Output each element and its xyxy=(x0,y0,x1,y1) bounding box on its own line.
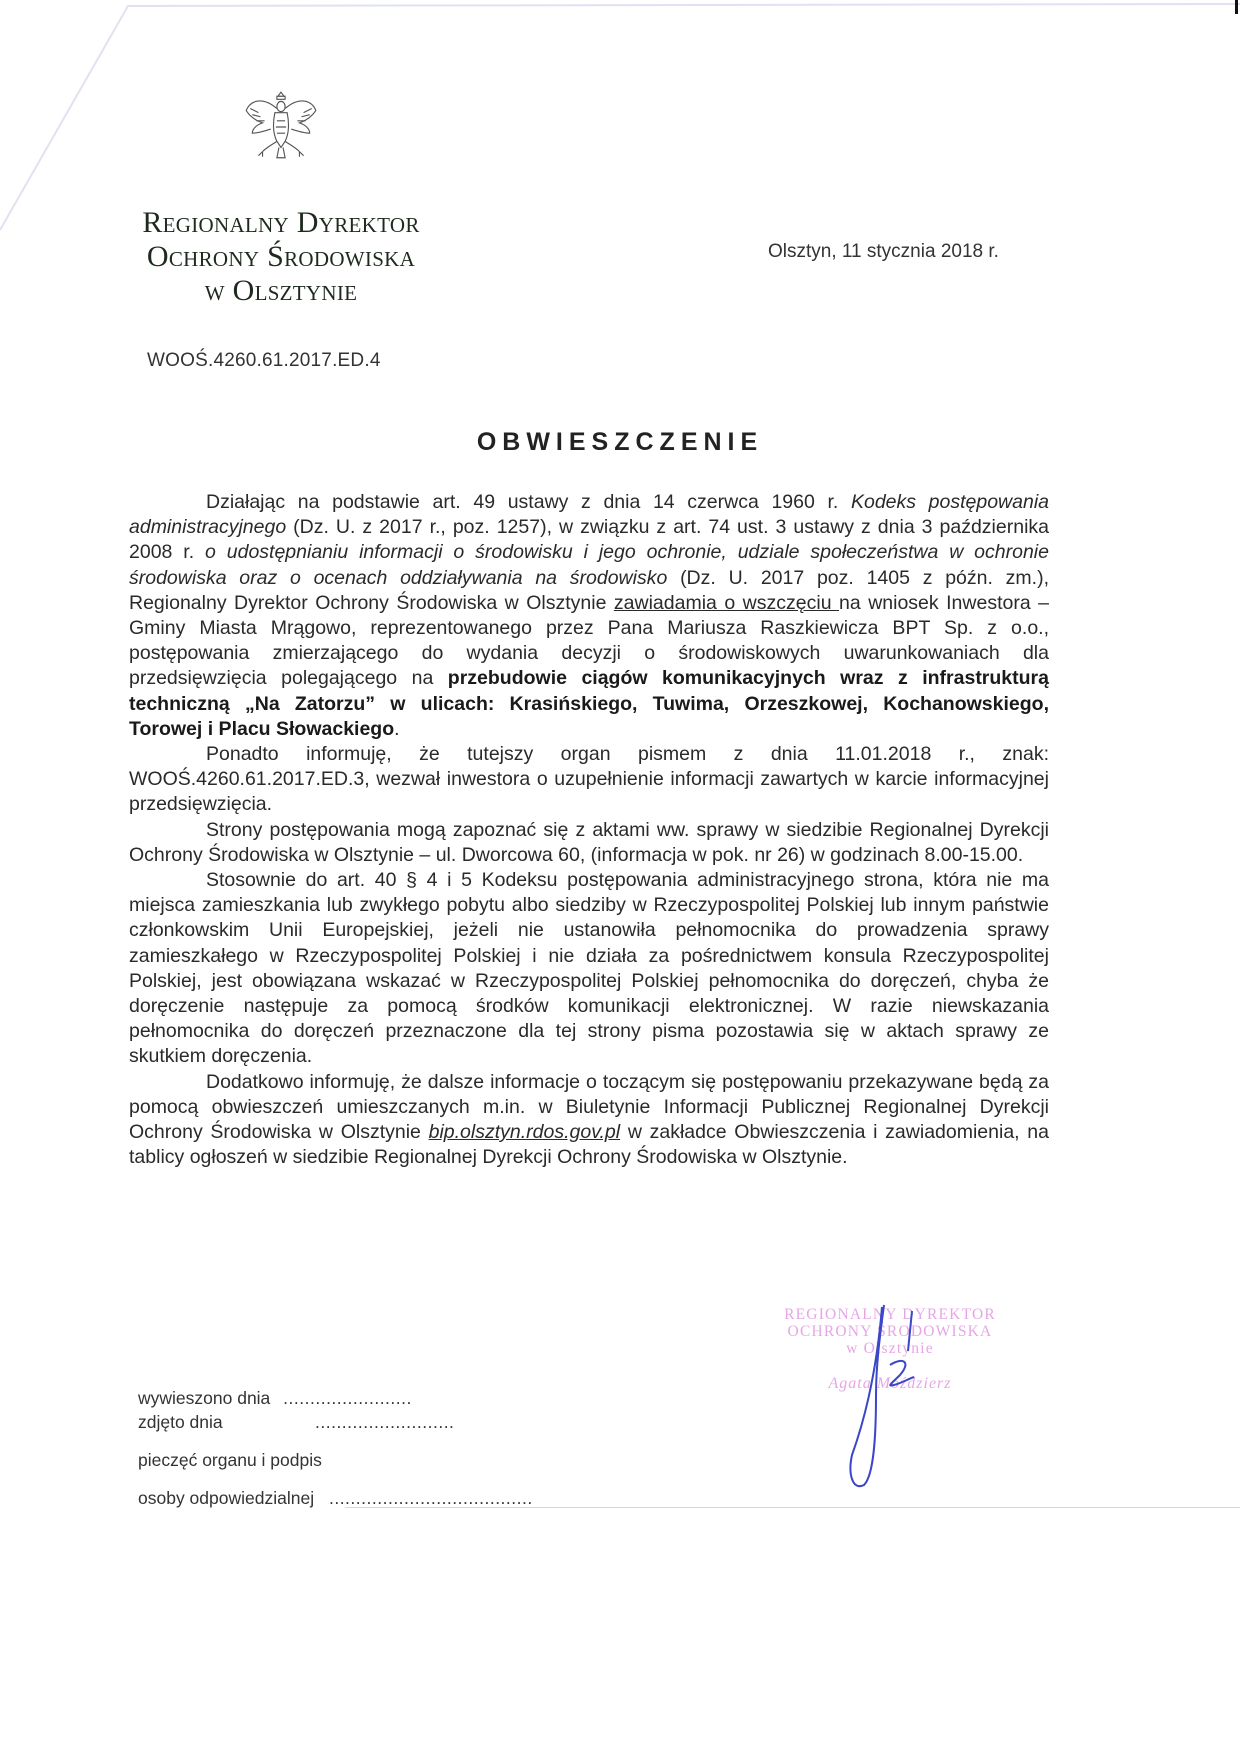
document-body: Działając na podstawie art. 49 ustawy z … xyxy=(129,490,1049,1170)
removed-label: zdjęto dnia xyxy=(138,1412,223,1432)
authority-line-1: Regionalny Dyrektor xyxy=(96,206,466,240)
polish-eagle-emblem-icon xyxy=(240,86,322,168)
posted-date-field: ........................ xyxy=(283,1388,412,1408)
person-label: osoby odpowiedzialnej xyxy=(138,1488,314,1508)
seal-label: pieczęć organu i podpis xyxy=(138,1450,322,1471)
person-row: osoby odpowiedzialnej ..................… xyxy=(138,1488,533,1509)
person-signature-field: ...................................... xyxy=(329,1488,533,1508)
notice-phrase: zawiadamia o wszczęciu xyxy=(614,592,839,614)
paragraph-legal-basis: Działając na podstawie art. 49 ustawy z … xyxy=(129,490,1049,742)
text-span: . xyxy=(394,718,399,740)
paragraph-case-files: Strony postępowania mogą zapoznać się z … xyxy=(129,818,1049,868)
posted-row: wywieszono dnia ........................ xyxy=(138,1388,412,1409)
place-date: Olsztyn, 11 stycznia 2018 r. xyxy=(768,241,999,263)
scan-edge-mark xyxy=(1235,0,1238,14)
paragraph-supplement-request: Ponadto informuję, że tutejszy organ pis… xyxy=(129,742,1049,818)
removed-row: zdjęto dnia .......................... xyxy=(138,1412,223,1433)
paragraph-proxy: Stosownie do art. 40 § 4 i 5 Kodeksu pos… xyxy=(129,868,1049,1070)
removed-date-field: .......................... xyxy=(315,1412,454,1433)
posted-label: wywieszono dnia xyxy=(138,1388,270,1408)
handwritten-signature-icon xyxy=(830,1295,940,1495)
paragraph-further-info: Dodatkowo informuję, że dalsze informacj… xyxy=(129,1070,1049,1171)
issuing-authority: Regionalny Dyrektor Ochrony Środowiska w… xyxy=(96,206,466,308)
authority-line-3: w Olsztynie xyxy=(96,274,466,308)
document-title: OBWIESZCZENIE xyxy=(0,428,1240,457)
text-span: Działając na podstawie art. 49 ustawy z … xyxy=(206,491,851,513)
authority-line-2: Ochrony Środowiska xyxy=(96,240,466,274)
reference-number: WOOŚ.4260.61.2017.ED.4 xyxy=(147,350,381,372)
stamp-ink-line xyxy=(345,1507,1240,1508)
bip-link[interactable]: bip.olsztyn.rdos.gov.pl xyxy=(429,1121,621,1143)
